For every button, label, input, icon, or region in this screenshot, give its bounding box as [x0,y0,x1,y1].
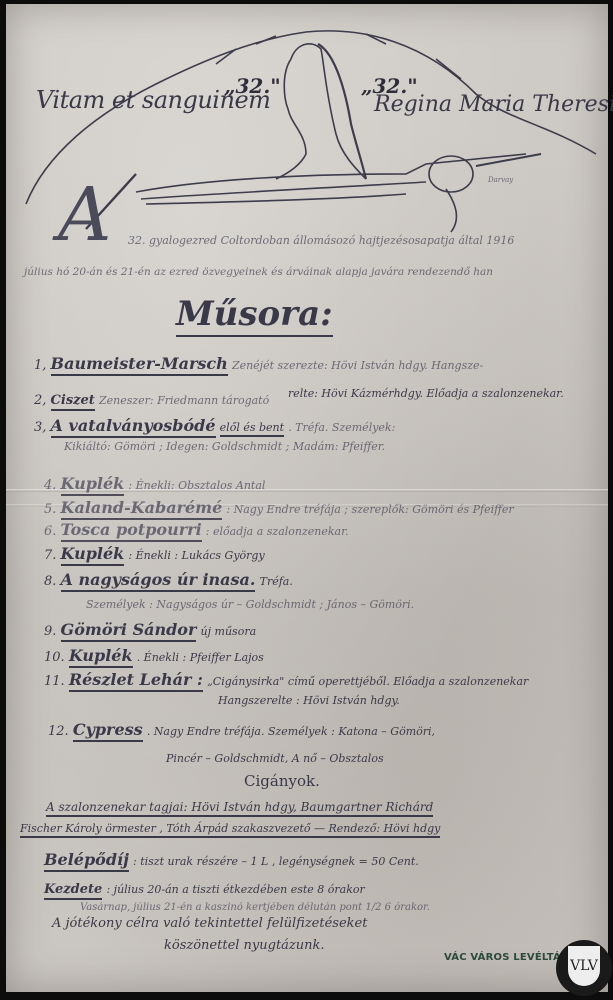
program-item-12-details: Pincér – Goldschmidt, A nő – Obsztalos [166,752,384,765]
program-item-4: 4. Kuplék : Énekli: Obsztalos Antal [44,474,265,493]
item-title: Baumeister-Marsch [51,354,228,376]
program-item-12-gypsies: Cigányok. [244,772,320,790]
closing-line-2: köszönettel nyugtázunk. [164,938,325,953]
program-item-8: 8. A nagyságos úr inasa. Tréfa. [44,570,293,589]
program-item-5: 5. Kaland-Kabarémé : Nagy Endre tréfája … [44,498,514,517]
program-item-7: 7. Kuplék : Énekli : Lukács György [44,544,265,563]
orchestra-line-2: Fischer Károly örmester , Tóth Árpád sza… [20,822,440,838]
program-title: Műsora: [176,294,333,337]
program-item-11-details: Hangszerelte : Hövi István hdgy. [218,694,400,707]
artist-signature: Darvay [488,176,513,184]
program-item-1: 1, Baumeister-Marsch Zenéjét szerezte: H… [34,354,483,373]
start-time: Kezdete : július 20-án a tiszti étkezdéb… [44,882,365,897]
program-item-3: 3, A vatalványosbódé elől és bent . Tréf… [34,416,395,435]
program-item-6: 6. Tosca potpourri : előadja a szalonzen… [44,520,349,539]
seal-letters: VLV [568,946,600,986]
intro-line-1: 32. gyalogezred Coltordoban állomásozó h… [128,234,514,247]
regiment-number-left: „32." [224,74,281,98]
program-item-12: 12. Cypress . Nagy Endre tréfája. Személ… [48,720,435,739]
admission-fee: Belépődíj : tiszt urak részére – 1 L , l… [44,850,419,869]
motto-right: Regina Maria Theresia [374,92,613,117]
closing-line-1: A jótékony célra való tekintettel felülf… [52,916,367,931]
start-label: Kezdete [44,882,102,900]
program-item-9: 9. Gömöri Sándor új műsora [44,620,256,639]
admission-label: Belépődíj [44,850,129,872]
item-details: Zenéjét szerezte: Hövi István hdgy. Hang… [232,359,483,372]
intro-line-2: július hó 20-án és 21-én az ezred özvegy… [24,266,493,278]
archive-seal-icon: VLV [556,940,612,996]
orchestra-line-1: A szalonzenekar tagjai: Hövi István hdgy… [46,800,433,817]
program-item-3-details: Kikiáltó: Gömöri ; Idegen: Goldschmidt ;… [64,440,385,453]
program-item-10: 10. Kuplék . Énekli : Pfeiffer Lajos [44,646,264,665]
start-time-sunday: Vasárnap, július 21-én a kaszinó kertjéb… [80,902,430,913]
program-item-2: 2, Ciszet Zeneszer: Friedmann tárogató [34,393,269,408]
program-item-8-details: Személyek : Nagyságos úr – Goldschmidt ;… [86,598,414,611]
program-item-11: 11. Részlet Lehár : „Cigánysirka" című o… [44,670,528,689]
program-item-1-details: relte: Hövi Kázmérhdgy. Előadja a szalon… [288,387,564,400]
document-paper: Vitam et sanguinem „32." „32." Regina Ma… [6,4,608,992]
intro-initial: A [58,172,111,258]
